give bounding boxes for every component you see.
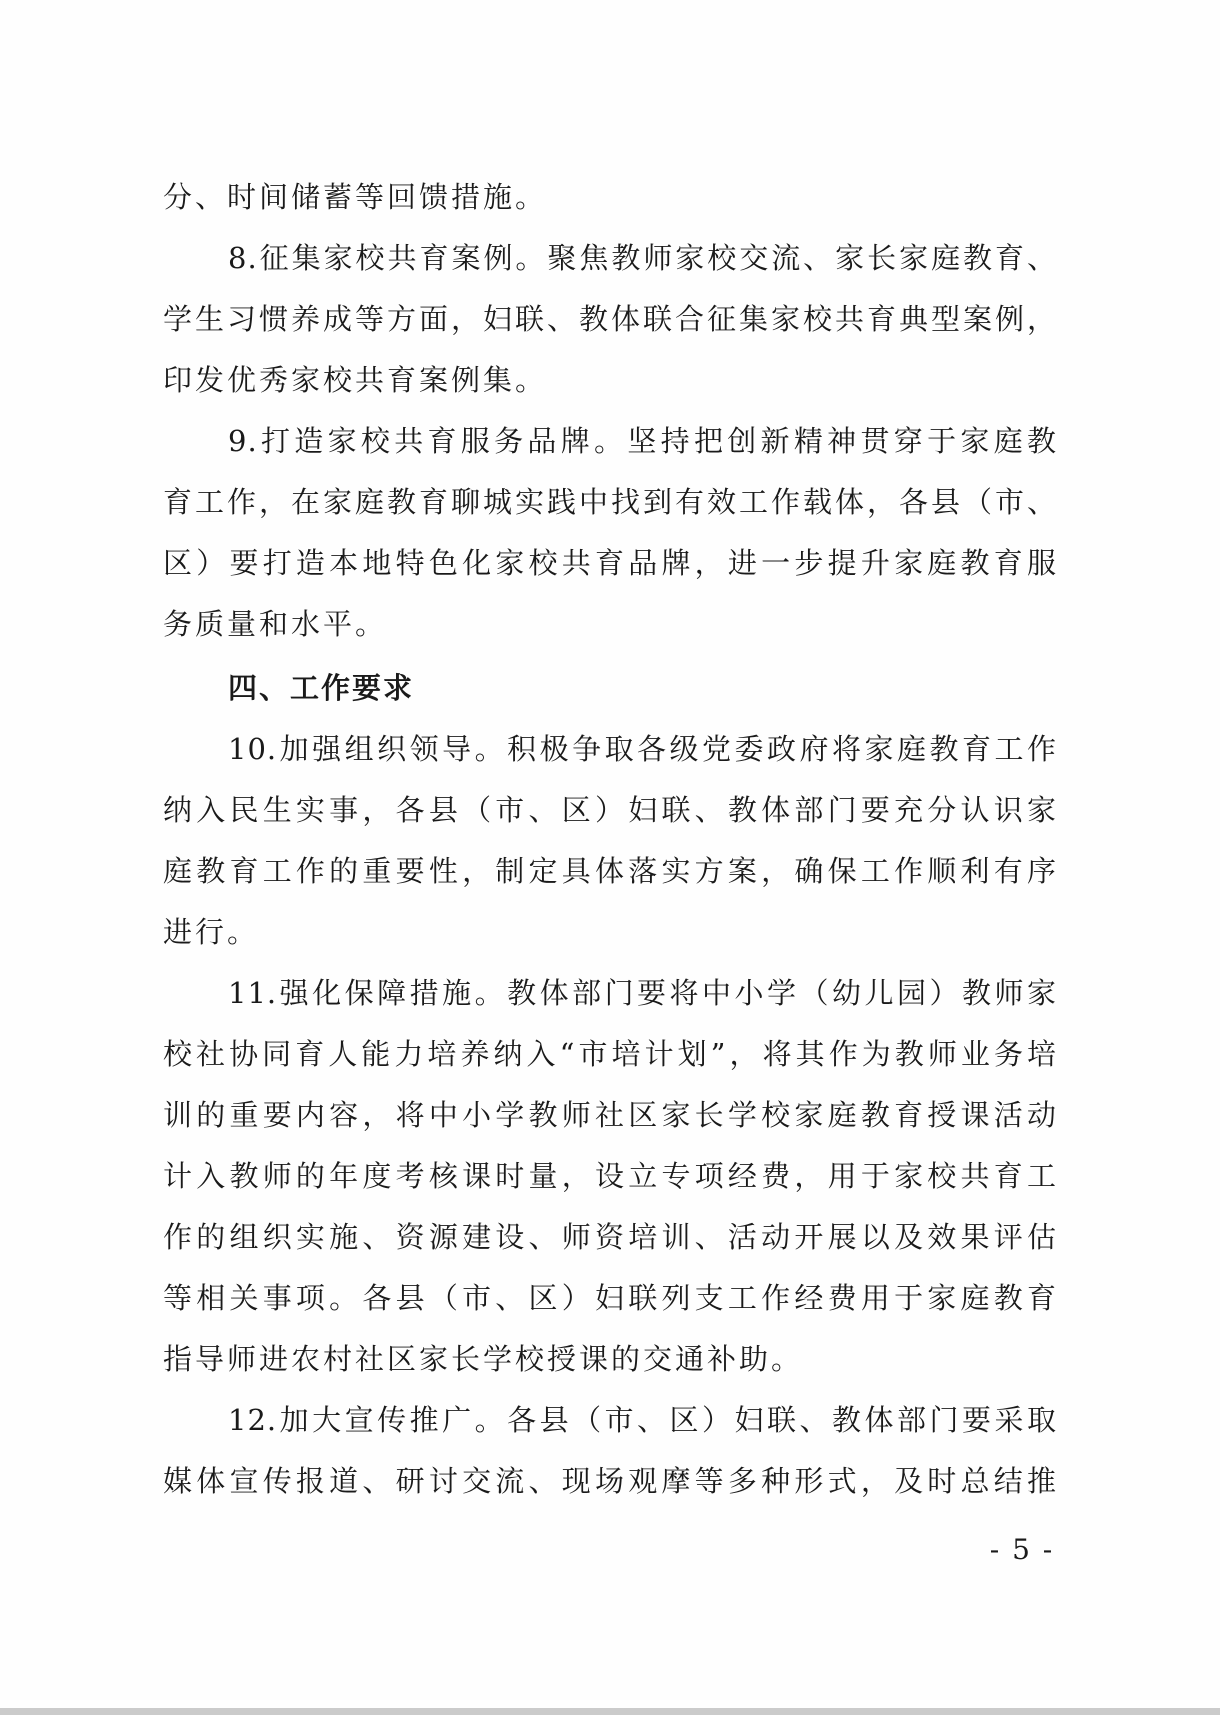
text-line: 分、时间储蓄等回馈措施。 (163, 177, 1057, 217)
text-line: 纳入民生实事，各县（市、区）妇联、教体部门要充分认识家 (163, 790, 1057, 830)
text-line: 庭教育工作的重要性，制定具体落实方案，确保工作顺利有序 (163, 851, 1057, 891)
paragraph-12-start: 12.加大宣传推广。各县（市、区）妇联、教体部门要采取 (228, 1400, 1057, 1440)
paragraph-8-start: 8.征集家校共育案例。聚焦教师家校交流、家长家庭教育、 (228, 238, 1057, 278)
text-line: 计入教师的年度考核课时量，设立专项经费，用于家校共育工 (163, 1156, 1057, 1196)
viewer-bottom-bar (0, 1708, 1220, 1715)
text-line: 务质量和水平。 (163, 604, 1057, 644)
page-number: - 5 - (985, 1530, 1059, 1570)
text-line: 育工作，在家庭教育聊城实践中找到有效工作载体，各县（市、 (163, 482, 1057, 522)
text-line: 训的重要内容，将中小学教师社区家长学校家庭教育授课活动 (163, 1095, 1057, 1135)
text-line: 等相关事项。各县（市、区）妇联列支工作经费用于家庭教育 (163, 1278, 1057, 1318)
text-line: 媒体宣传报道、研讨交流、现场观摩等多种形式，及时总结推 (163, 1461, 1057, 1501)
text-line: 印发优秀家校共育案例集。 (163, 360, 1057, 400)
text-line: 作的组织实施、资源建设、师资培训、活动开展以及效果评估 (163, 1217, 1057, 1257)
document-page: 分、时间储蓄等回馈措施。 8.征集家校共育案例。聚焦教师家校交流、家长家庭教育、… (0, 0, 1220, 1708)
text-line: 区）要打造本地特色化家校共育品牌，进一步提升家庭教育服 (163, 543, 1057, 583)
text-line: 进行。 (163, 912, 1057, 952)
section-heading: 四、工作要求 (228, 668, 1057, 708)
text-line: 校社协同育人能力培养纳入“市培计划”，将其作为教师业务培 (163, 1034, 1057, 1074)
text-line: 指导师进农村社区家长学校授课的交通补助。 (163, 1339, 1057, 1379)
paragraph-10-start: 10.加强组织领导。积极争取各级党委政府将家庭教育工作 (228, 729, 1057, 769)
paragraph-9-start: 9.打造家校共育服务品牌。坚持把创新精神贯穿于家庭教 (228, 421, 1057, 461)
paragraph-11-start: 11.强化保障措施。教体部门要将中小学（幼儿园）教师家 (228, 973, 1057, 1013)
text-line: 学生习惯养成等方面，妇联、教体联合征集家校共育典型案例， (163, 299, 1057, 339)
